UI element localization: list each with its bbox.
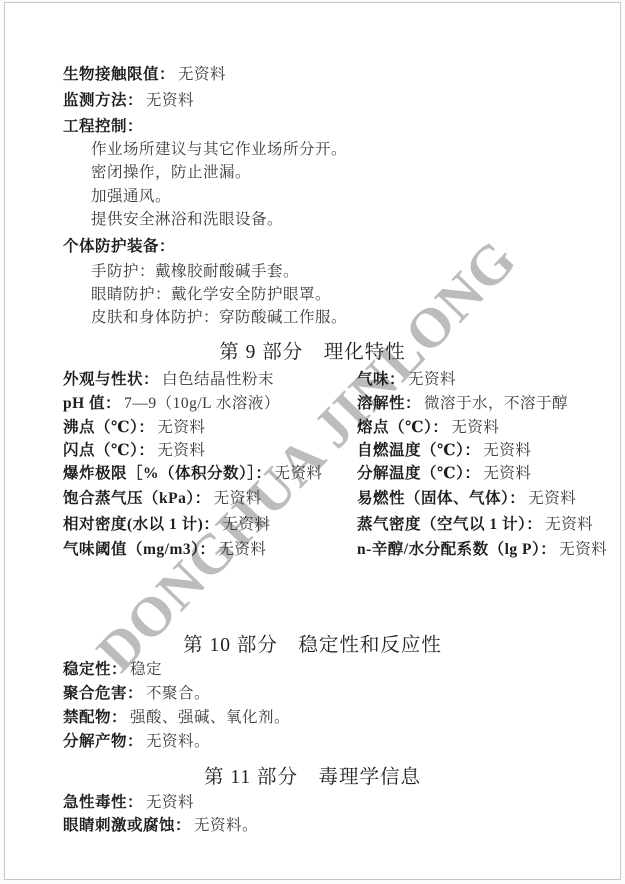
field-label: 监测方法： [63,92,143,109]
field-label: 分解产物： [63,733,143,750]
field-label: 蒸气密度（空气以 1 计）： [357,516,542,533]
field-value: 无资料 [222,516,270,533]
line-eye-irritation: 眼睛刺激或腐蚀：无资料。 [63,816,258,835]
field-label: 自燃温度（℃）： [357,442,480,459]
text: 手防护：戴橡胶耐酸碱手套。 [91,263,299,280]
field-value: 稳定 [130,661,162,678]
line-vapor-pressure: 饱合蒸气压（kPa）：无资料 [63,489,262,508]
line-relative-density: 相对密度(水以 1 计)：无资料 [63,515,270,534]
field-label: 眼睛刺激或腐蚀： [63,817,191,834]
field-label: pH 值： [63,395,121,412]
field-label: 聚合危害： [63,685,143,702]
field-label: 饱合蒸气压（kPa）： [63,490,211,507]
line-odor-threshold: 气味阈值（mg/m3）：无资料 [63,540,266,559]
line-appearance: 外观与性状：白色结晶性粉末 [63,370,274,389]
field-label: 沸点（℃）： [63,419,154,436]
section-10-heading: 第 10 部分 稳定性和反应性 [5,629,620,657]
field-value: 无资料 [545,516,593,533]
line-engineering-controls: 工程控制： [63,117,146,136]
line-control-item-1: 作业场所建议与其它作业场所分开。 [91,140,347,159]
field-label: 易燃性（固体、气体）： [357,490,525,507]
line-partition-coefficient: n-辛醇/水分配系数（lg P）：无资料 [357,540,607,559]
field-label: 外观与性状： [63,371,159,388]
document-page: DONGHUA JINLONG 生物接触限值：无资料 监测方法：无资料 工程控制… [4,2,621,880]
section-11-heading: 第 11 部分 毒理学信息 [5,761,620,789]
field-value: 无资料 [483,442,531,459]
line-control-item-4: 提供安全淋浴和洗眼设备。 [91,210,283,229]
field-value: 白色结晶性粉末 [162,371,274,388]
line-control-item-3: 加强通风。 [91,187,171,206]
field-value: 不聚合。 [146,685,210,702]
field-label: n-辛醇/水分配系数（lg P）： [357,541,556,558]
line-flammability: 易燃性（固体、气体）：无资料 [357,489,576,508]
field-value: 无资料 [451,419,499,436]
field-label: 溶解性： [357,395,421,412]
text: 作业场所建议与其它作业场所分开。 [91,141,347,158]
field-label: 分解温度（℃）： [357,465,480,482]
field-label: 爆炸极限［%（体积分数）］： [63,465,272,482]
line-acute-toxicity: 急性毒性：无资料 [63,793,194,812]
field-label: 个体防护装备： [63,238,175,255]
field-value: 无资料。 [146,733,210,750]
text: 密闭操作，防止泄漏。 [91,164,251,181]
field-label: 禁配物： [63,709,127,726]
line-incompatibilities: 禁配物：强酸、强碱、氧化剂。 [63,708,290,727]
field-value: 7—9（10g/L 水溶液） [124,395,280,412]
field-value: 无资料 [483,465,531,482]
field-value: 无资料。 [194,817,258,834]
field-value: 强酸、强碱、氧化剂。 [130,709,290,726]
field-label: 熔点（℃）： [357,419,448,436]
field-value: 无资料 [157,419,205,436]
field-label: 稳定性： [63,661,127,678]
line-control-item-2: 密闭操作，防止泄漏。 [91,163,251,182]
field-label: 闪点（℃）： [63,442,154,459]
field-label: 相对密度(水以 1 计)： [63,516,219,533]
line-odor: 气味：无资料 [357,370,456,389]
line-skin-body-protection: 皮肤和身体防护：穿防酸碱工作服。 [91,308,347,327]
field-value: 无资料 [275,465,323,482]
text: 皮肤和身体防护：穿防酸碱工作服。 [91,309,347,326]
line-eye-protection: 眼睛防护：戴化学安全防护眼罩。 [91,285,331,304]
line-explosion-limit: 爆炸极限［%（体积分数）］：无资料 [63,464,323,483]
field-value: 微溶于水，不溶于醇 [424,395,568,412]
field-label: 气味阈值（mg/m3）： [63,541,215,558]
text: 提供安全淋浴和洗眼设备。 [91,211,283,228]
field-label: 急性毒性： [63,794,143,811]
field-value: 无资料 [146,794,194,811]
line-polymerization-hazard: 聚合危害：不聚合。 [63,684,210,703]
line-solubility: 溶解性：微溶于水，不溶于醇 [357,394,568,413]
line-decomposition-products: 分解产物：无资料。 [63,732,210,751]
line-monitoring-method: 监测方法：无资料 [63,91,194,110]
line-biological-exposure-limit: 生物接触限值：无资料 [63,65,226,84]
line-autoignition-temp: 自燃温度（℃）：无资料 [357,441,531,460]
line-hand-protection: 手防护：戴橡胶耐酸碱手套。 [91,262,299,281]
field-label: 气味： [357,371,405,388]
text: 眼睛防护：戴化学安全防护眼罩。 [91,286,331,303]
line-boiling-point: 沸点（℃）：无资料 [63,418,205,437]
field-value: 无资料 [559,541,607,558]
text: 加强通风。 [91,188,171,205]
field-value: 无资料 [157,442,205,459]
section-9-heading: 第 9 部分 理化特性 [5,336,620,364]
field-value: 无资料 [528,490,576,507]
field-label: 工程控制： [63,118,143,135]
field-value: 无资料 [178,66,226,83]
field-value: 无资料 [214,490,262,507]
line-decomposition-temp: 分解温度（℃）：无资料 [357,464,531,483]
line-stability: 稳定性：稳定 [63,660,162,679]
line-melting-point: 熔点（℃）：无资料 [357,418,499,437]
line-vapor-density: 蒸气密度（空气以 1 计）：无资料 [357,515,593,534]
field-value: 无资料 [146,92,194,109]
line-flash-point: 闪点（℃）：无资料 [63,441,205,460]
field-value: 无资料 [408,371,456,388]
field-value: 无资料 [218,541,266,558]
line-ppe-heading: 个体防护装备： [63,237,178,256]
field-label: 生物接触限值： [63,66,175,83]
line-ph: pH 值：7—9（10g/L 水溶液） [63,394,280,413]
